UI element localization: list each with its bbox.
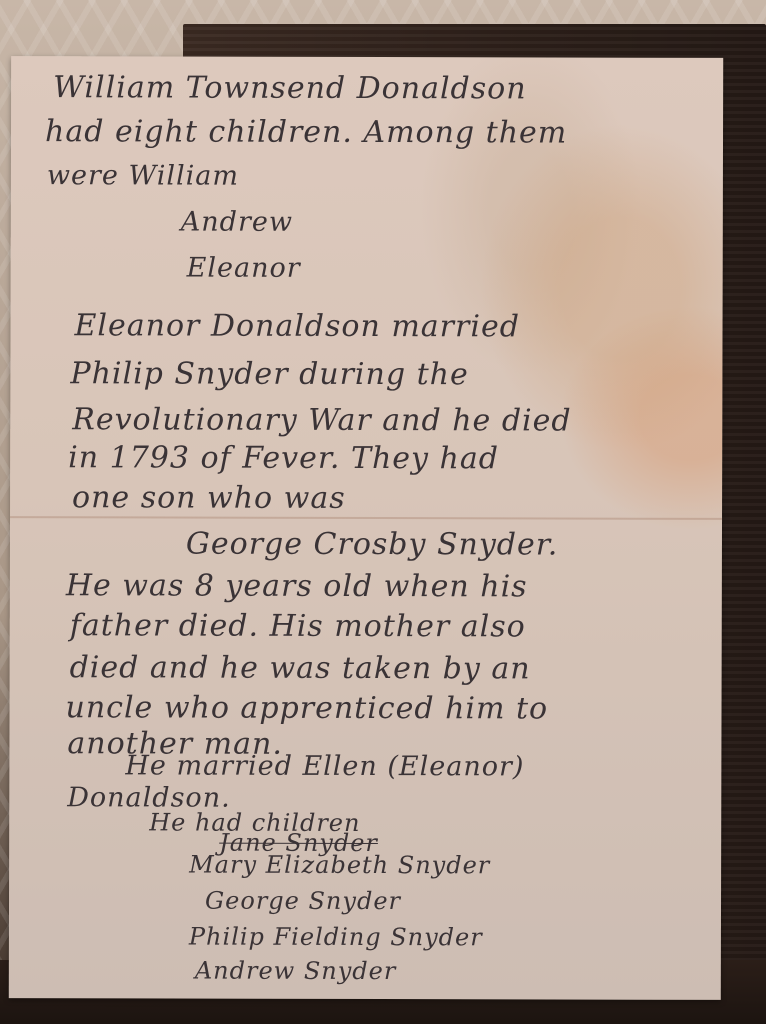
text-line: Philip Snyder during the (70, 356, 468, 392)
paper-fold-crease (10, 516, 722, 520)
text-line: uncle who apprenticed him to (65, 690, 548, 726)
text-line: had eight children. Among them (45, 114, 567, 150)
text-line: were William (47, 160, 239, 192)
text-line: He was 8 years old when his (66, 568, 528, 604)
child-name: Philip Fielding Snyder (189, 923, 483, 952)
text-line: in 1793 of Fever. They had (68, 440, 499, 476)
text-line: He married Ellen (Eleanor) (125, 750, 524, 782)
text-line: Revolutionary War and he died (72, 402, 571, 438)
handwritten-letter: William Townsend Donaldson had eight chi… (9, 56, 723, 1000)
text-line: one son who was (72, 480, 346, 516)
text-line: Andrew (181, 207, 293, 238)
text-line: father died. His mother also (70, 608, 526, 644)
child-name: George Snyder (205, 887, 401, 916)
text-line: Eleanor (187, 253, 301, 284)
text-line: George Crosby Snyder. (186, 527, 559, 563)
text-line: Eleanor Donaldson married (74, 308, 519, 344)
text-line: William Townsend Donaldson (53, 70, 527, 106)
child-name: Mary Elizabeth Snyder (189, 851, 490, 880)
child-name: Andrew Snyder (195, 957, 397, 986)
text-line: died and he was taken by an (70, 650, 531, 686)
